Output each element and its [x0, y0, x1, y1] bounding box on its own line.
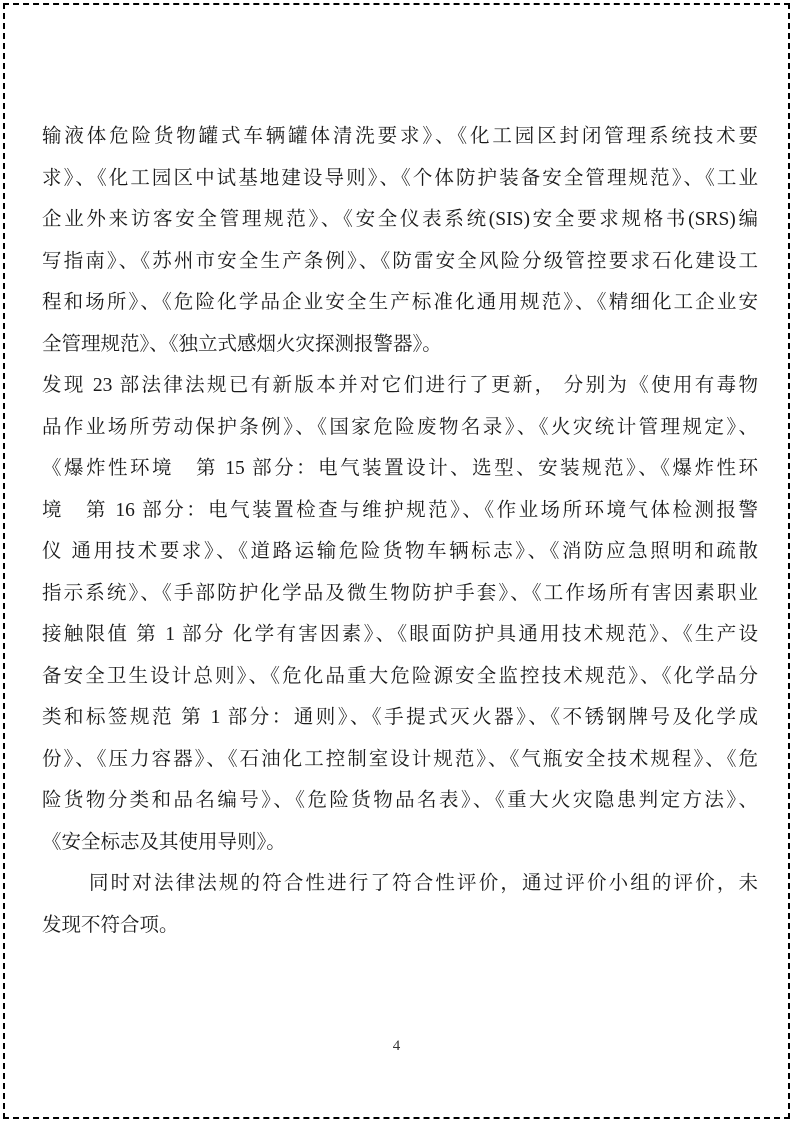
- document-body: 输液体危险货物罐式车辆罐体清洗要求》、《化工园区封闭管理系统技术要求》、《化工园…: [42, 116, 758, 946]
- text-line: 接触限值 第 1 部分 化学有害因素》、《眼面防护具通用技术规范》、《生产设: [42, 614, 758, 656]
- page-number: 4: [0, 1036, 793, 1056]
- text-line: 输液体危险货物罐式车辆罐体清洗要求》、《化工园区封闭管理系统技术要: [42, 116, 758, 158]
- text-line: 发现不符合项。: [42, 905, 758, 947]
- text-line: 仪 通用技术要求》、《道路运输危险货物车辆标志》、《消防应急照明和疏散: [42, 531, 758, 573]
- text-line: 全管理规范》、《独立式感烟火灾探测报警器》。: [42, 324, 758, 366]
- text-line: 程和场所》、《危险化学品企业安全生产标准化通用规范》、《精细化工企业安: [42, 282, 758, 324]
- text-line: 指示系统》、《手部防护化学品及微生物防护手套》、《工作场所有害因素职业: [42, 573, 758, 615]
- text-line: 求》、《化工园区中试基地建设导则》、《个体防护装备安全管理规范》、《工业: [42, 158, 758, 200]
- text-line: 《安全标志及其使用导则》。: [42, 822, 758, 864]
- text-line: 品作业场所劳动保护条例》、《国家危险废物名录》、《火灾统计管理规定》、: [42, 407, 758, 449]
- text-line: 企业外来访客安全管理规范》、《安全仪表系统(SIS)安全要求规格书(SRS)编: [42, 199, 758, 241]
- text-line: 《爆炸性环境 第 15 部分：电气装置设计、选型、安装规范》、《爆炸性环: [42, 448, 758, 490]
- document-page: 输液体危险货物罐式车辆罐体清洗要求》、《化工园区封闭管理系统技术要求》、《化工园…: [0, 0, 793, 1122]
- text-line: 险货物分类和品名编号》、《危险货物品名表》、《重大火灾隐患判定方法》、: [42, 780, 758, 822]
- text-line: 类和标签规范 第 1 部分：通则》、《手提式灭火器》、《不锈钢牌号及化学成: [42, 697, 758, 739]
- text-line: 写指南》、《苏州市安全生产条例》、《防雷安全风险分级管控要求石化建设工: [42, 241, 758, 283]
- text-line: 同时对法律法规的符合性进行了符合性评价，通过评价小组的评价，未: [42, 863, 758, 905]
- text-line: 备安全卫生设计总则》、《危化品重大危险源安全监控技术规范》、《化学品分: [42, 656, 758, 698]
- text-line: 境 第 16 部分：电气装置检查与维护规范》、《作业场所环境气体检测报警: [42, 490, 758, 532]
- text-line: 份》、《压力容器》、《石油化工控制室设计规范》、《气瓶安全技术规程》、《危: [42, 739, 758, 781]
- text-line: 发现 23 部法律法规已有新版本并对它们进行了更新， 分别为《使用有毒物: [42, 365, 758, 407]
